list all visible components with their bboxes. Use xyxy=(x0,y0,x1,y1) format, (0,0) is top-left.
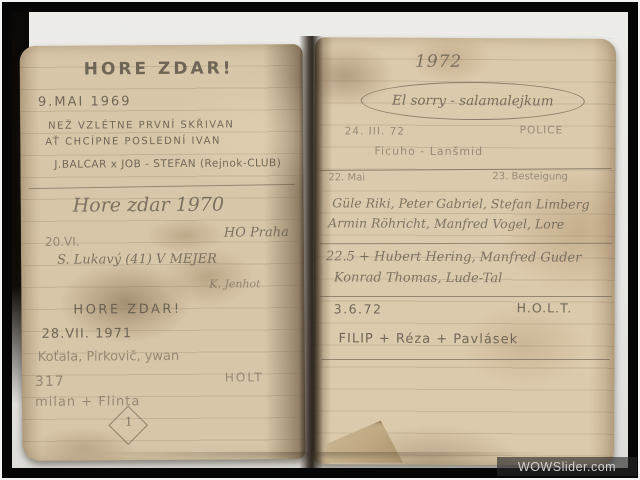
notebook-right-page: 1972 El sorry - salamalejkum 24. III. 72… xyxy=(313,37,616,466)
watermark-label: WOWSlider.com xyxy=(518,460,616,474)
entry-names-ficuho: Ficuho - Lanšmid xyxy=(374,145,483,159)
entry-names-german-4: Konrad Thomas, Lude-Tal xyxy=(334,270,502,286)
notebook-scan: HORE ZDAR! 9.MAI 1969 NEŽ VZLÉTNE PRVNÍ … xyxy=(12,12,628,468)
entry-date-1969: 9.MAI 1969 xyxy=(38,94,132,110)
entry-verse-line1: NEŽ VZLÉTNE PRVNÍ SKŘIVAN xyxy=(48,119,234,131)
entry-names-1969: J.BALCAR x JOB - STEFAN (Rejnok-CLUB) xyxy=(54,157,281,171)
diamond-doodle-icon: 1 xyxy=(108,405,148,445)
entry-hore-zdar-1969: HORE ZDAR! xyxy=(84,59,234,80)
pencil-line xyxy=(321,359,609,360)
entry-date-3-6-72: 3.6.72 xyxy=(334,301,383,316)
entry-besteigung: 23. Besteigung xyxy=(492,171,568,182)
entry-names-1970: S. Lukavý (41) V MEJER xyxy=(57,252,217,268)
pencil-line xyxy=(320,296,612,297)
entry-year-1972: 1972 xyxy=(415,52,462,72)
entry-hore-zdar-1971: HORE ZDAR! xyxy=(73,302,181,318)
entry-number-1971: 317 xyxy=(35,374,65,390)
entry-place-police: POLICE xyxy=(520,124,564,136)
entry-date-1970: 20.VI. xyxy=(45,235,80,249)
entry-holt-1972: H.O.L.T. xyxy=(517,300,573,315)
entry-names-german-2: Armin Röhricht, Manfred Vogel, Lore xyxy=(328,215,564,231)
book-spine-shadow xyxy=(299,36,323,468)
entry-names-filip: FILIP + Réza + Pavlásek xyxy=(339,331,519,347)
pencil-line xyxy=(320,243,612,245)
entry-date-22-mai: 22. Mai xyxy=(328,172,365,183)
doodle-number: 1 xyxy=(125,415,133,429)
entry-holt-1971: HOLT xyxy=(225,370,264,384)
entry-names-1971: Koťala, Pirkovič, ywan xyxy=(38,349,180,365)
framed-photo: HORE ZDAR! 9.MAI 1969 NEŽ VZLÉTNE PRVNÍ … xyxy=(0,0,640,480)
circled-motto: El sorry - salamalejkum xyxy=(361,81,585,120)
pencil-line xyxy=(29,184,295,189)
entry-names-german-1: Güle Riki, Peter Gabriel, Stefan Limberg xyxy=(332,195,589,211)
entry-names-german-3: 22.5 + Hubert Hering, Manfred Guder xyxy=(326,249,581,265)
photo-frame: HORE ZDAR! 9.MAI 1969 NEŽ VZLÉTNE PRVNÍ … xyxy=(2,2,638,478)
wowslider-watermark[interactable]: WOWSlider.com xyxy=(497,457,637,476)
entry-hore-zdar-1970: Hore zdar 1970 xyxy=(73,194,225,217)
notebook-left-page: HORE ZDAR! 9.MAI 1969 NEŽ VZLÉTNE PRVNÍ … xyxy=(20,44,306,461)
entry-verse-line2: AŤ CHCÍPNE POSLEDNÍ IVAN xyxy=(45,136,221,148)
entry-signature-1970: K. Jenhot xyxy=(209,277,260,290)
motto-text: El sorry - salamalejkum xyxy=(392,93,554,110)
entry-date-24-3-72: 24. III. 72 xyxy=(345,125,405,137)
entry-club-1970: HO Praha xyxy=(224,225,289,240)
entry-date-1971: 28.VII. 1971 xyxy=(42,326,133,342)
